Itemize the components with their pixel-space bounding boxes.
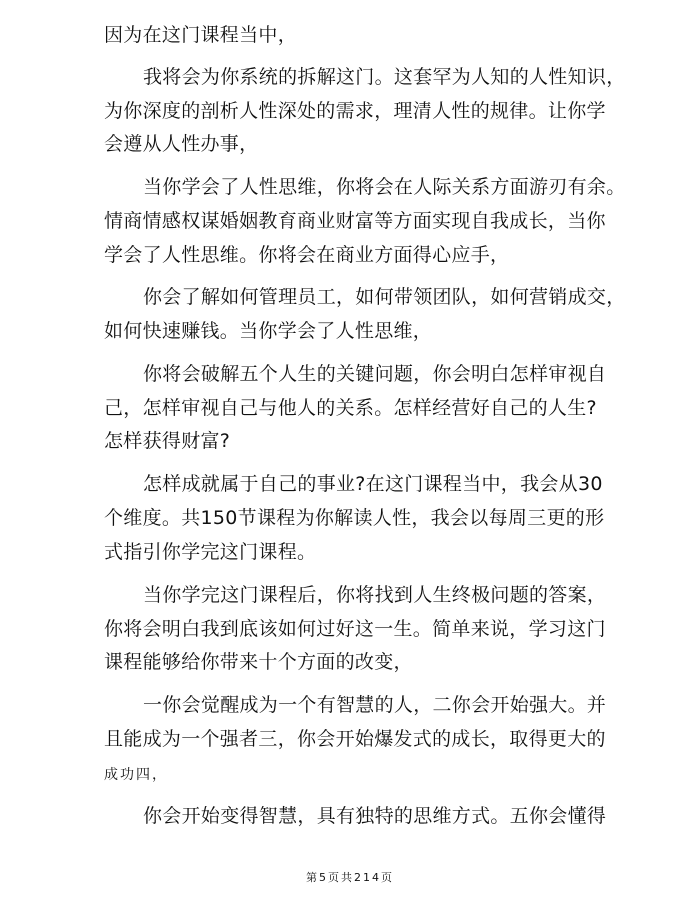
- text-line-13: 怎样成就属于自己的事业?在这门课程当中，我会从30: [143, 473, 603, 495]
- text-line-18: 课程能够给你带来十个方面的改变，: [104, 651, 413, 673]
- text-line-5: 当你学会了人性思维，你将会在人际关系方面游刃有余。: [143, 176, 626, 198]
- text-line-2: 我将会为你系统的拆解这门。这套罕为人知的人性知识，: [143, 66, 626, 88]
- text-line-6: 情商情感权谋婚姻教育商业财富等方面实现自我成长，当你: [104, 210, 606, 232]
- text-line-21: 成功四，: [104, 764, 168, 786]
- text-line-1: 因为在这门课程当中，: [104, 24, 297, 46]
- page-number-footer: 第5页共214页: [0, 869, 700, 885]
- text-line-15: 式指引你学完这门课程。: [104, 541, 316, 563]
- text-line-9: 如何快速赚钱。当你学会了人性思维，: [104, 320, 432, 342]
- text-line-7: 学会了人性思维。你将会在商业方面得心应手，: [104, 244, 509, 266]
- text-line-8: 你会了解如何管理员工，如何带领团队，如何营销成交，: [143, 286, 626, 308]
- text-line-10: 你将会破解五个人生的关键问题，你会明白怎样审视自: [143, 363, 606, 385]
- text-line-11: 己，怎样审视自己与他人的关系。怎样经营好自己的人生?: [104, 397, 597, 419]
- text-line-19: 一你会觉醒成为一个有智慧的人，二你会开始强大。并: [143, 694, 606, 716]
- text-line-16: 当你学完这门课程后，你将找到人生终极问题的答案，: [143, 584, 606, 606]
- text-line-17: 你将会明白我到底该如何过好这一生。简单来说，学习这门: [104, 618, 606, 640]
- text-line-14: 个维度。共150节课程为你解读人性，我会以每周三更的形: [104, 507, 604, 529]
- text-line-22: 你会开始变得智慧，具有独特的思维方式。五你会懂得: [143, 805, 606, 827]
- document-page: 因为在这门课程当中， 我将会为你系统的拆解这门。这套罕为人知的人性知识， 为你深…: [0, 0, 700, 913]
- text-line-4: 会遵从人性办事，: [104, 133, 258, 155]
- text-line-20: 且能成为一个强者三，你会开始爆发式的成长，取得更大的: [104, 728, 606, 750]
- text-line-12: 怎样获得财富?: [104, 430, 230, 452]
- text-line-3: 为你深度的剖析人性深处的需求，理清人性的规律。让你学: [104, 100, 606, 122]
